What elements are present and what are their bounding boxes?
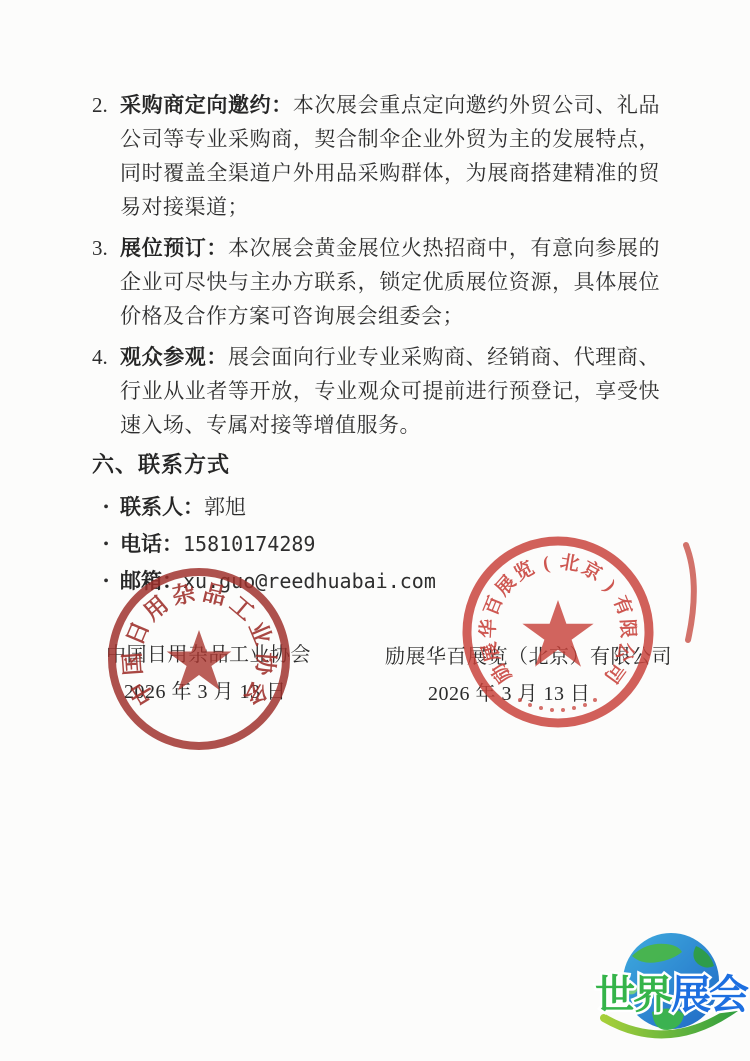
item-number: 3. (92, 231, 120, 333)
svg-text:展: 展 (478, 640, 505, 665)
contact-label: 联系人： (120, 495, 204, 519)
list-item-4: 4. 观众参观：展会面向行业专业采购商、经销商、代理商、行业从业者等开放，专业观… (92, 340, 664, 442)
seal-bottom-dots (518, 698, 597, 712)
svg-text:北: 北 (559, 551, 581, 576)
logo-text-blue: 展会 (671, 973, 749, 1017)
red-seal-company: 励展华百展览(北京)有限公司 (450, 524, 666, 740)
svg-text:杂: 杂 (170, 580, 198, 610)
svg-text:国: 国 (120, 651, 147, 676)
logo-text-green: 世界 (595, 973, 673, 1017)
item-label: 观众参观： (120, 345, 228, 369)
svg-text:华: 华 (476, 619, 500, 639)
seal-edge-fragment (672, 540, 712, 650)
list-item-2: 2. 采购商定向邀约：本次展会重点定向邀约外贸公司、礼品公司等专业采购商，契合制… (92, 88, 664, 224)
item-text: 展位预订：本次展会黄金展位火热招商中，有意向参展的企业可尽快与主办方联系，锁定优… (120, 231, 660, 333)
svg-text:工: 工 (225, 592, 259, 626)
contact-section-heading: 六、联系方式 (92, 449, 664, 481)
svg-text:品: 品 (200, 580, 228, 610)
item-number: 4. (92, 340, 120, 442)
svg-text:中: 中 (126, 677, 159, 710)
svg-text:协: 协 (252, 651, 279, 677)
svg-text:(: ( (541, 553, 551, 575)
svg-text:京: 京 (578, 556, 606, 585)
svg-text:限: 限 (616, 619, 639, 639)
contact-value: 郭旭 (204, 495, 246, 519)
contact-label: 电话： (120, 532, 183, 556)
contact-item-person: • 联系人：郭旭 (92, 489, 664, 526)
list-item-3: 3. 展位预订：本次展会黄金展位火热招商中，有意向参展的企业可尽快与主办方联系，… (92, 231, 664, 333)
document-page: 2. 采购商定向邀约：本次展会重点定向邀约外贸公司、礼品公司等专业采购商，契合制… (0, 0, 750, 1061)
bullet-icon: • (92, 489, 120, 526)
red-seal-association: 中国日用杂品工业协会 (96, 556, 302, 762)
world-expo-logo: 世界展会 (592, 926, 750, 1056)
seal-star-icon (167, 630, 232, 691)
svg-text:用: 用 (139, 592, 173, 626)
svg-text:励: 励 (486, 659, 516, 688)
item-label: 展位预订： (120, 236, 228, 260)
item-label: 采购商定向邀约： (120, 93, 293, 117)
svg-text:日: 日 (122, 618, 154, 649)
logo-text: 世界展会 (595, 973, 749, 1017)
contact-text: 联系人：郭旭 (120, 489, 246, 526)
item-text: 观众参观：展会面向行业专业采购商、经销商、代理商、行业从业者等开放，专业观众可提… (120, 340, 660, 442)
svg-text:): ) (600, 577, 620, 596)
svg-text:有: 有 (609, 592, 637, 618)
item-number: 2. (92, 88, 120, 224)
svg-text:业: 业 (244, 618, 276, 649)
contact-value: 15810174289 (183, 532, 315, 556)
svg-text:司: 司 (600, 659, 629, 687)
seal-star-icon (522, 600, 593, 667)
item-text: 采购商定向邀约：本次展会重点定向邀约外贸公司、礼品公司等专业采购商，契合制伞企业… (120, 88, 660, 224)
